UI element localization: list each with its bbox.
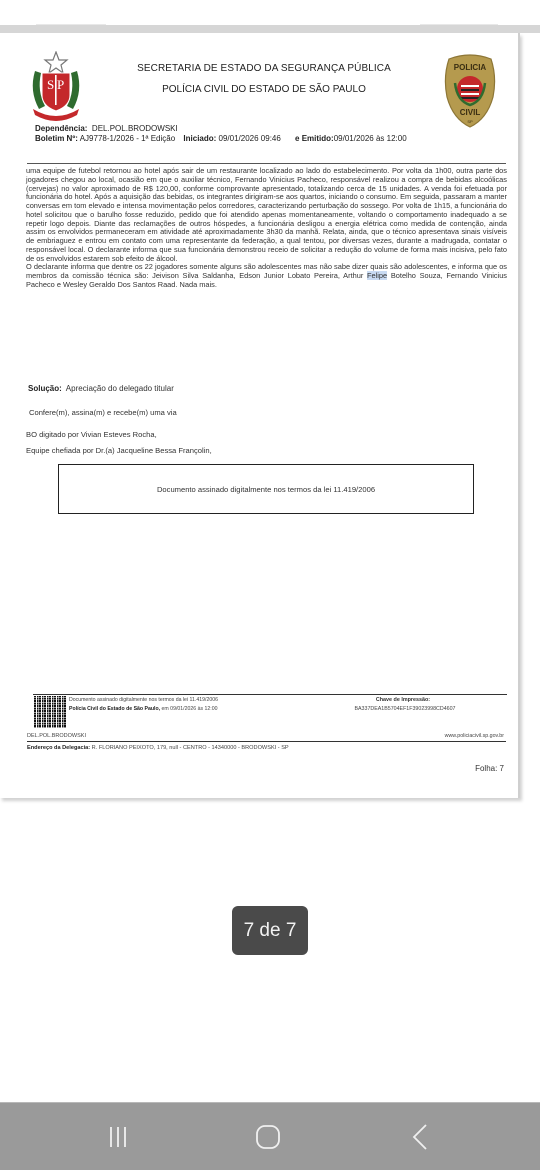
qr-code	[34, 696, 66, 728]
status-bar	[0, 0, 540, 30]
home-button[interactable]	[248, 1121, 288, 1153]
recent-apps-button[interactable]	[98, 1121, 138, 1153]
chefiada-line: Equipe chefiada por Dr.(a) Jacqueline Be…	[26, 446, 212, 455]
iniciado-value: 09/01/2026 09:46	[219, 134, 281, 143]
page-indicator: 7 de 7	[232, 906, 308, 955]
svg-text:CIVIL: CIVIL	[460, 108, 481, 117]
digitado-line: BO digitado por Vivian Esteves Rocha,	[26, 430, 157, 439]
recent-apps-icon	[106, 1125, 130, 1149]
back-button[interactable]	[400, 1121, 440, 1153]
confere-line: Confere(m), assina(m) e recebe(m) uma vi…	[29, 408, 177, 417]
text-selection-highlight[interactable]: Felipe	[367, 271, 387, 280]
page-top-edge	[0, 25, 540, 33]
footer-signed-line: Documento assinado digitalmente nos term…	[69, 697, 218, 703]
print-key-label: Chave de Impressão:	[353, 697, 453, 703]
boletim-meta: Dependência: DEL.POL.BRODOWSKI Boletim N…	[35, 124, 407, 144]
header-divider	[27, 163, 506, 164]
android-nav-bar	[0, 1102, 540, 1170]
narrative-paragraph-2: O declarante informa que dentre os 22 jo…	[26, 263, 507, 289]
solucao-line: Solução: Apreciação do delegado titular	[28, 384, 174, 393]
home-icon	[255, 1124, 281, 1150]
back-icon	[410, 1123, 430, 1151]
emitido-value: 09/01/2026 às 12:00	[334, 134, 407, 143]
boletim-number: AJ9778-1/2026 - 1ª Edição	[80, 134, 175, 143]
narrative-text[interactable]: uma equipe de futebol retornou ao hotel …	[26, 167, 507, 290]
document-page: S P SECRETARIA DE ESTADO DA SEGURANÇA PÚ…	[0, 33, 520, 798]
dependencia-value: DEL.POL.BRODOWSKI	[92, 124, 178, 133]
delegacia-address: Endereço da Delegacia: R. FLORIANO PEIXO…	[27, 745, 289, 751]
svg-text:POLICIA: POLICIA	[454, 63, 487, 72]
svg-text:SP: SP	[467, 119, 473, 124]
print-key-value: BA337DEA1B5704EF1F39023998CD4607	[330, 706, 480, 712]
footer-dependencia: DEL.POL.BRODOWSKI	[27, 733, 86, 739]
policia-civil-badge-icon: POLICIA CIVIL SP	[441, 53, 499, 129]
footer-issuer-line: Polícia Civil do Estado de São Paulo, em…	[69, 706, 218, 712]
digital-signature-box: Documento assinado digitalmente nos term…	[58, 464, 474, 514]
footer-website-link[interactable]: www.policiacivil.sp.gov.br	[445, 733, 504, 739]
footer-divider	[33, 694, 507, 695]
folha-number: Folha: 7	[475, 764, 504, 773]
narrative-paragraph-1: uma equipe de futebol retornou ao hotel …	[26, 167, 507, 263]
footer-divider-2	[27, 741, 506, 742]
